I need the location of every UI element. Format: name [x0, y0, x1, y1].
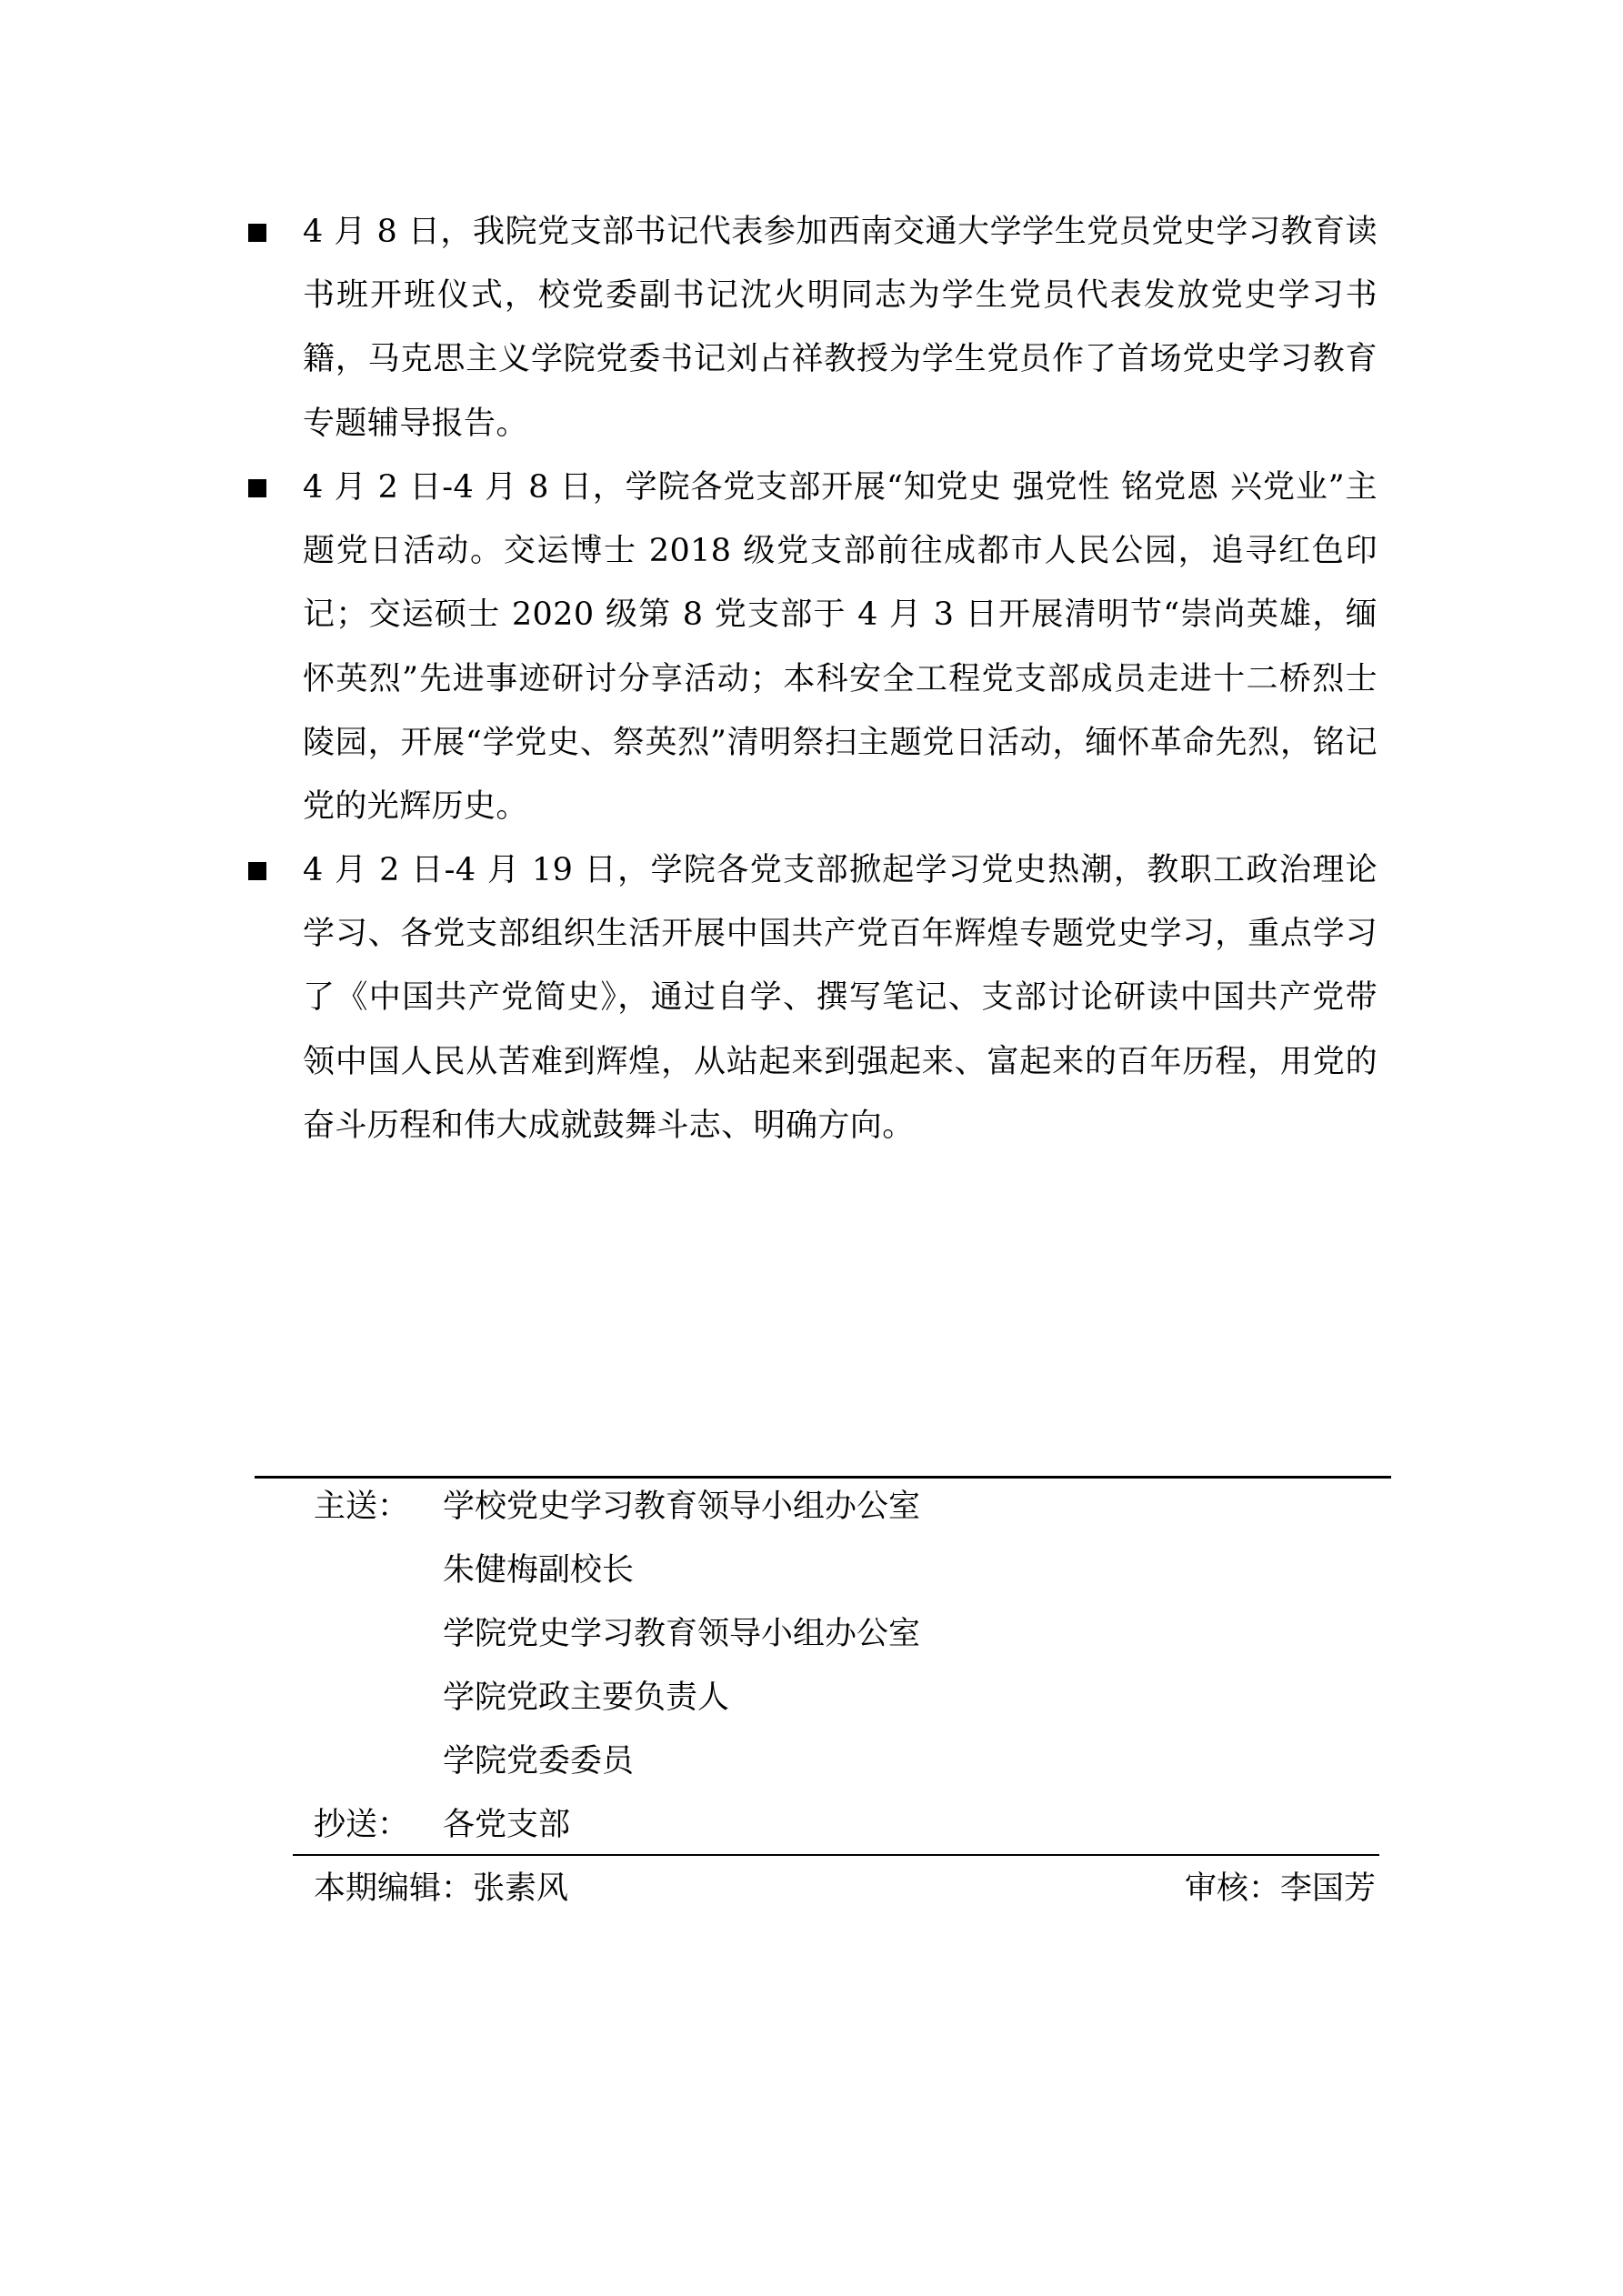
cc-recipient: 各党支部	[443, 1805, 570, 1845]
distribution-bottom-rule	[293, 1854, 1379, 1856]
square-bullet-icon	[248, 479, 266, 497]
main-recipients-label: 主送：	[314, 1487, 409, 1527]
editor-credit: 本期编辑：张素风	[314, 1869, 568, 1909]
bullet-text-3: 4 月 2 日-4 月 19 日，学院各党支部掀起学习党史热潮，教职工政治理论学…	[303, 838, 1378, 1158]
reviewer-credit: 审核：李国芳	[1185, 1869, 1376, 1909]
main-recipient: 学院党政主要负责人	[443, 1678, 729, 1718]
bullet-text-1: 4 月 8 日，我院党支部书记代表参加西南交通大学学生党员党史学习教育读书班开班…	[303, 200, 1378, 456]
main-recipient: 学院党委委员	[443, 1741, 634, 1781]
bullet-item-3: 4 月 2 日-4 月 19 日，学院各党支部掀起学习党史热潮，教职工政治理论学…	[248, 838, 1380, 1166]
square-bullet-icon	[248, 862, 266, 880]
footer-credits: 本期编辑：张素风 审核：李国芳	[314, 1869, 1376, 1909]
main-recipient: 学校党史学习教育领导小组办公室	[443, 1487, 920, 1527]
main-recipient: 学院党史学习教育领导小组办公室	[443, 1614, 920, 1654]
document-page: 4 月 8 日，我院党支部书记代表参加西南交通大学学生党员党史学习教育读书班开班…	[0, 0, 1623, 2296]
main-recipient: 朱健梅副校长	[443, 1550, 634, 1590]
distribution-top-rule	[255, 1476, 1391, 1479]
square-bullet-icon	[248, 224, 266, 242]
bullet-text-2: 4 月 2 日-4 月 8 日，学院各党支部开展“知党史 强党性 铭党恩 兴党业…	[303, 456, 1378, 838]
cc-recipients-label: 抄送：	[314, 1805, 409, 1845]
bullet-item-2: 4 月 2 日-4 月 8 日，学院各党支部开展“知党史 强党性 铭党恩 兴党业…	[248, 456, 1380, 847]
bullet-item-1: 4 月 8 日，我院党支部书记代表参加西南交通大学学生党员党史学习教育读书班开班…	[248, 200, 1380, 464]
